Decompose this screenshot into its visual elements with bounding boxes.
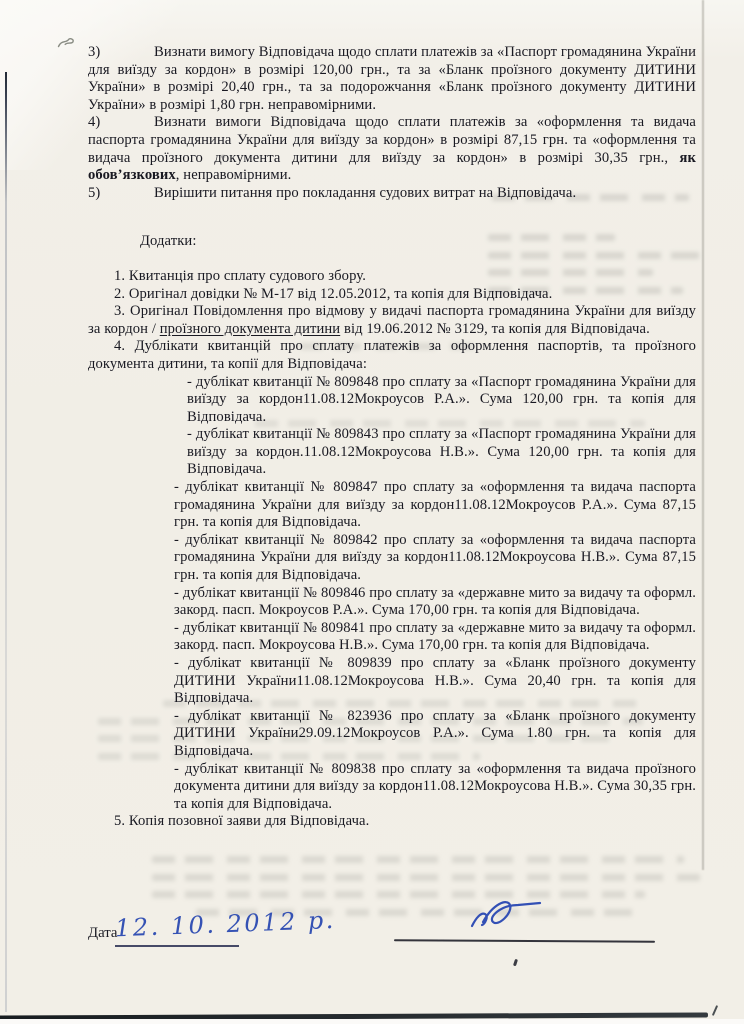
date-label: Дата (88, 925, 118, 942)
receipt-item-809839: - дублікат квитанції № 809839 про сплату… (174, 655, 696, 708)
attachment-item-5: 5. Копія позовної заяви для Відповідача. (88, 813, 696, 831)
paragraph-number: 5) (88, 185, 154, 203)
signature-line (394, 939, 655, 943)
paragraph-text: Визнати вимоги Відповідача щодо сплати п… (88, 114, 696, 165)
paragraph-text: , неправомірними. (176, 167, 292, 183)
receipt-item-809841: - дублікат квитанції № 809841 про сплату… (174, 620, 696, 655)
date-underline (115, 945, 239, 947)
receipt-item-809842: - дублікат квитанції № 809842 про сплату… (174, 532, 696, 585)
handwritten-date: 12. 10. 2012 р. (115, 904, 396, 943)
scan-right-edge-line (702, 0, 704, 870)
receipt-item-809843: - дублікат квитанції № 809843 про сплату… (187, 426, 696, 479)
receipt-item-809847: - дублікат квитанції № 809847 про сплату… (174, 479, 696, 532)
signature-scribble (468, 896, 552, 936)
paragraph-text: Вирішити питання про покладання судових … (154, 185, 576, 201)
scanned-page: 3)Визнати вимогу Відповідача щодо сплати… (0, 0, 744, 1024)
paragraph-4: 4)Визнати вимоги Відповідача щодо сплати… (88, 114, 696, 184)
receipt-item-809838: - дублікат квитанції № 809838 про сплату… (174, 761, 696, 814)
attachment-item-3: 3. Оригінал Повідомлення про відмову у в… (88, 303, 696, 338)
paragraph-3: 3)Визнати вимогу Відповідача щодо сплати… (88, 44, 696, 114)
paragraph-number: 4) (88, 114, 154, 132)
scan-speck (513, 959, 518, 966)
scanner-background (0, 1019, 744, 1024)
receipt-item-823936: - дублікат квитанції № 823936 про сплату… (174, 708, 696, 761)
attachment-item-2: 2. Оригінал довідки № М-17 від 12.05.201… (88, 286, 696, 304)
receipt-item-809846: - дублікат квитанції № 809846 про сплату… (174, 585, 696, 620)
attachment-underlined-text: проїзного документа дитини (160, 321, 340, 337)
paragraph-text: Визнати вимогу Відповідача щодо сплати п… (88, 44, 696, 113)
receipt-item-809848: - дублікат квитанції № 809848 про сплату… (187, 374, 696, 427)
scan-left-edge-line (5, 72, 7, 1012)
attachment-item-4: 4. Дублікати квитанцій про сплату платеж… (88, 338, 696, 373)
scan-slash-artifact (712, 1005, 718, 1016)
document-content: 3)Визнати вимогу Відповідача щодо сплати… (88, 44, 696, 831)
attachment-text: від 19.06.2012 № 3129, та копія для Відп… (340, 321, 650, 337)
attachment-item-1: 1. Квитанція про сплату судового збору. (88, 268, 696, 286)
smudge-mark (55, 32, 80, 54)
scan-speck (221, 155, 225, 158)
paragraph-number: 3) (88, 44, 154, 62)
paragraph-5: 5)Вирішити питання про покладання судови… (88, 185, 696, 203)
attachments-heading: Додатки: (140, 233, 696, 251)
date-block: Дата 12. 10. 2012 р. (88, 913, 408, 963)
